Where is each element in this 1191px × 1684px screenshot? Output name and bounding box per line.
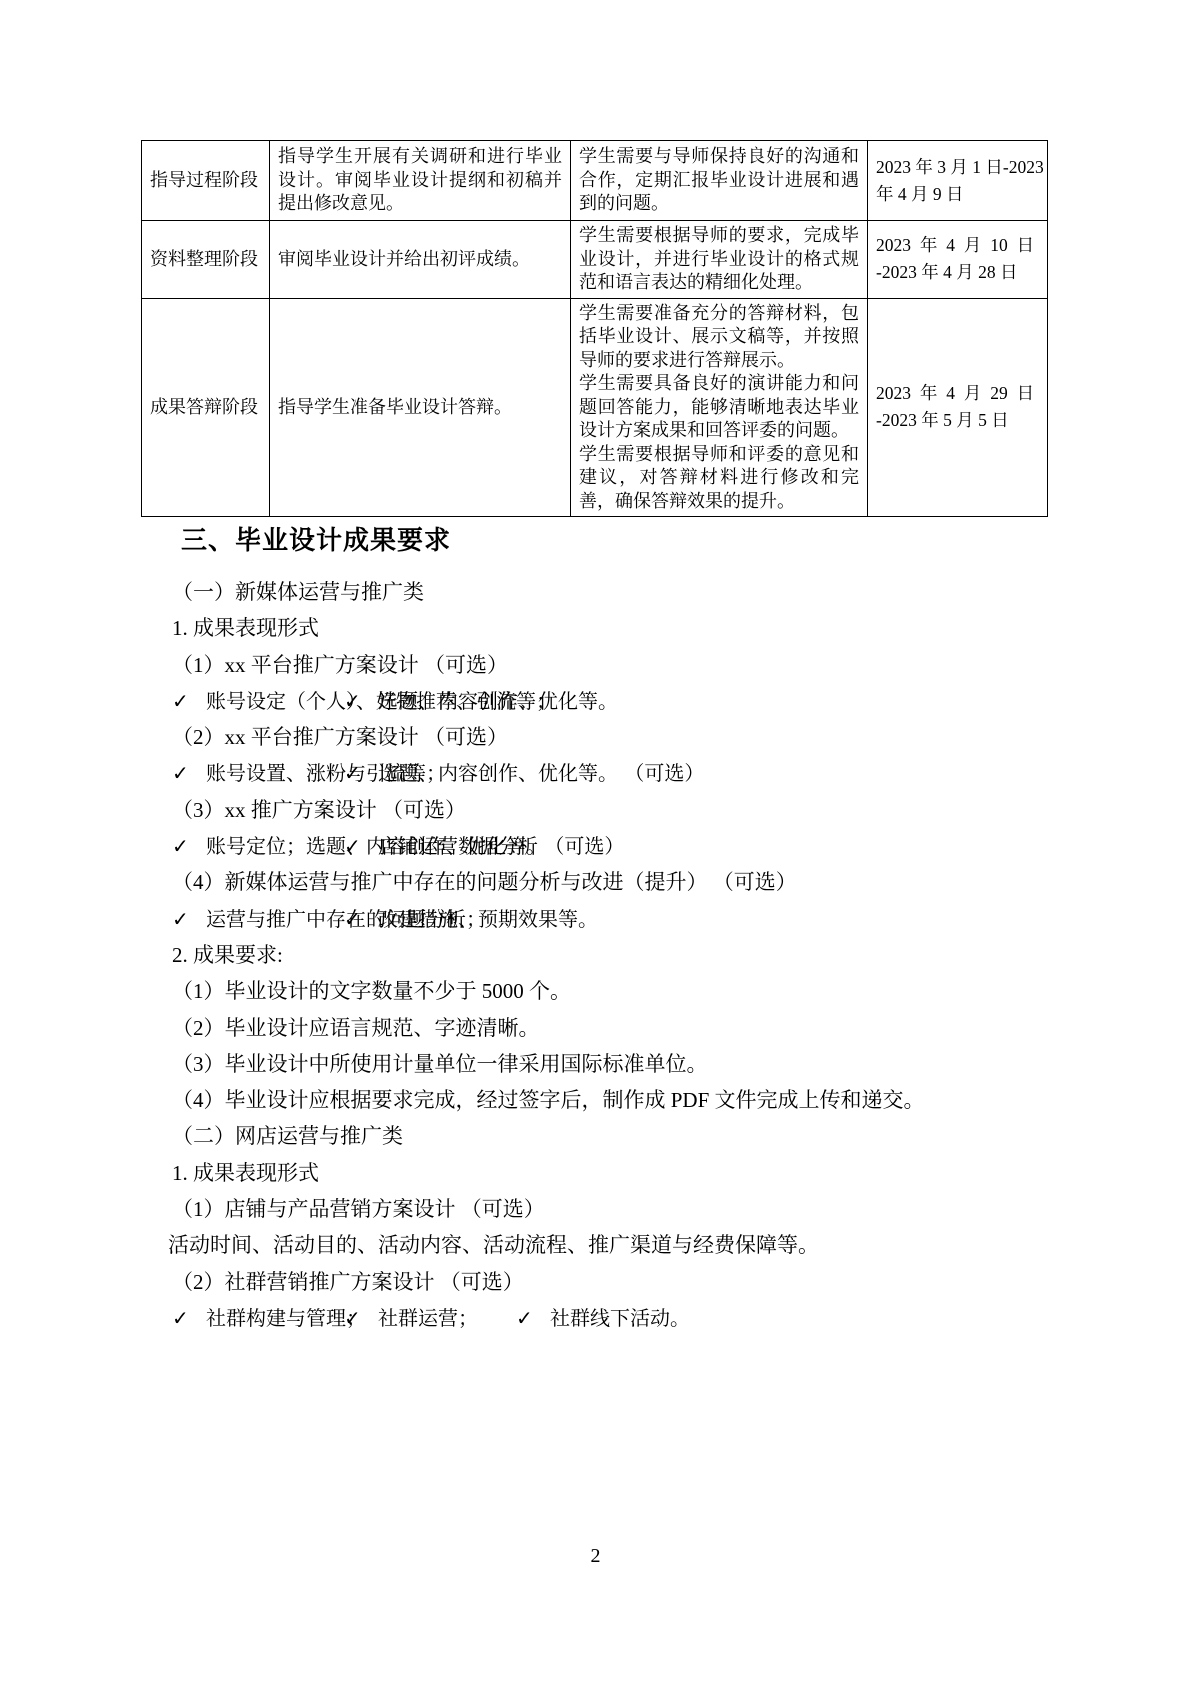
list-item: （2）xx 平台推广方案设计 （可选） xyxy=(0,719,1191,755)
schedule-table: 指导过程阶段 指导学生开展有关调研和进行毕业设计。审阅毕业设计提纲和初稿并提出修… xyxy=(141,140,1048,517)
list-item-text: （1）店铺与产品营销方案设计 （可选） xyxy=(172,1197,545,1221)
list-item-text: （一）新媒体运营与推广类 xyxy=(172,580,424,604)
list-item: ✓社群线下活动。 xyxy=(344,1300,516,1336)
list-item-text: （二）网店运营与推广类 xyxy=(172,1124,403,1148)
list-item-text: （3）xx 推广方案设计 （可选） xyxy=(172,798,466,822)
list-item: （二）网店运营与推广类 xyxy=(0,1118,1191,1154)
list-item: 2. 成果要求: xyxy=(0,937,1191,973)
student-task-paragraph: 学生需要具备良好的演讲能力和问题回答能力，能够清晰地表达毕业设计方案成果和回答评… xyxy=(579,372,859,443)
list-item-text: （4）毕业设计应根据要求完成，经过签字后，制作成 PDF 文件完成上传和递交。 xyxy=(172,1088,925,1112)
list-item-text: （2）xx 平台推广方案设计 （可选） xyxy=(172,725,508,749)
student-task: 学生需要与导师保持良好的沟通和合作，定期汇报毕业设计进展和遇到的问题。 xyxy=(571,141,868,221)
list-item: ✓账号设定（个人）、好物推荐、引流等； xyxy=(0,683,172,719)
table-row: 成果答辩阶段 指导学生准备毕业设计答辩。 学生需要准备充分的答辩材料，包括毕业设… xyxy=(142,298,1048,517)
list-item-text: 2. 成果要求: xyxy=(172,943,283,967)
tutor-task: 指导学生开展有关调研和进行毕业设计。审阅毕业设计提纲和初稿并提出修改意见。 xyxy=(270,141,571,221)
date-range: 2023 年 4 月 29 日 -2023 年 5 月 5 日 xyxy=(868,298,1048,517)
list-item-text: 社群线下活动。 xyxy=(550,1306,690,1330)
list-item-text: 活动时间、活动目的、活动内容、活动流程、推广渠道与经费保障等。 xyxy=(168,1233,819,1257)
list-item: ✓社群构建与管理； xyxy=(0,1300,172,1336)
list-item-text: 1. 成果表现形式 xyxy=(172,616,319,640)
list-item-text: （1）毕业设计的文字数量不少于 5000 个。 xyxy=(172,979,571,1003)
tutor-task: 审阅毕业设计并给出初评成绩。 xyxy=(270,221,571,299)
list-item: （一）新媒体运营与推广类 xyxy=(0,574,1191,610)
list-item: 1. 成果表现形式 xyxy=(0,610,1191,646)
date-line: 2023 年 3 月 1 日-2023 xyxy=(876,154,1039,181)
date-range: 2023 年 3 月 1 日-2023 年 4 月 9 日 xyxy=(868,141,1048,221)
list-item: （2）毕业设计应语言规范、字迹清晰。 xyxy=(0,1010,1191,1046)
list-item: （1）毕业设计的文字数量不少于 5000 个。 xyxy=(0,973,1191,1009)
date-line: 2023 年 4 月 29 日 xyxy=(876,380,1039,407)
list-item: ✓改建措施、预期效果等。 xyxy=(172,901,344,937)
date-line: 2023 年 4 月 10 日 xyxy=(876,232,1039,259)
list-item-text: 选题、内容创作、优化等。 xyxy=(378,689,618,713)
list-item: 1. 成果表现形式 xyxy=(0,1155,1191,1191)
list-item: （3）毕业设计中所使用计量单位一律采用国际标准单位。 xyxy=(0,1046,1191,1082)
list-item: ✓账号设置、涨粉与引流等； xyxy=(0,755,172,791)
list-item-text: 改建措施、预期效果等。 xyxy=(378,907,598,931)
list-item-text: （4）新媒体运营与推广中存在的问题分析与改进（提升） （可选） xyxy=(172,870,797,894)
list-item: （3）xx 推广方案设计 （可选） xyxy=(0,792,1191,828)
list-item-text: （2）毕业设计应语言规范、字迹清晰。 xyxy=(172,1016,540,1040)
stage-name: 成果答辩阶段 xyxy=(142,298,270,517)
student-task-paragraph: 学生需要根据导师和评委的意见和建议，对答辩材料进行修改和完善，确保答辩效果的提升… xyxy=(579,443,859,514)
list-item: ✓运营与推广中存在的问题分析； xyxy=(0,901,172,937)
date-range: 2023 年 4 月 10 日 -2023 年 4 月 28 日 xyxy=(868,221,1048,299)
section-heading: 三、毕业设计成果要求 xyxy=(181,522,451,558)
list-item: （1）xx 平台推广方案设计 （可选） xyxy=(0,647,1191,683)
student-task-paragraph: 学生需要准备充分的答辩材料，包括毕业设计、展示文稿等，并按照导师的要求进行答辩展… xyxy=(579,302,859,373)
list-item: （4）新媒体运营与推广中存在的问题分析与改进（提升） （可选） xyxy=(0,864,1191,900)
list-item-text: （1）xx 平台推广方案设计 （可选） xyxy=(172,653,508,677)
check-icon: ✓ xyxy=(344,683,378,719)
list-item: ✓选题、内容创作、优化等。 （可选） xyxy=(172,755,344,791)
list-item: ✓店铺运营数据分析 （可选） xyxy=(172,828,344,864)
date-line: -2023 年 5 月 5 日 xyxy=(876,407,1039,434)
list-item: （4）毕业设计应根据要求完成，经过签字后，制作成 PDF 文件完成上传和递交。 xyxy=(0,1082,1191,1118)
list-item-text: 1. 成果表现形式 xyxy=(172,1161,319,1185)
check-icon: ✓ xyxy=(344,901,378,937)
student-task: 学生需要准备充分的答辩材料，包括毕业设计、展示文稿等，并按照导师的要求进行答辩展… xyxy=(571,298,868,517)
tutor-task: 指导学生准备毕业设计答辩。 xyxy=(270,298,571,517)
document-page: 指导过程阶段 指导学生开展有关调研和进行毕业设计。审阅毕业设计提纲和初稿并提出修… xyxy=(0,0,1191,1684)
list-item: 活动时间、活动目的、活动内容、活动流程、推广渠道与经费保障等。 xyxy=(0,1227,1191,1263)
list-item: ✓社群运营； xyxy=(172,1300,344,1336)
list-item: ✓选题、内容创作、优化等。 xyxy=(172,683,344,719)
list-item: ✓账号定位；选题、内容创作、优化等。 xyxy=(0,828,172,864)
table-row: 资料整理阶段 审阅毕业设计并给出初评成绩。 学生需要根据导师的要求，完成毕业设计… xyxy=(142,221,1048,299)
list-item-text: （3）毕业设计中所使用计量单位一律采用国际标准单位。 xyxy=(172,1052,708,1076)
stage-name: 指导过程阶段 xyxy=(142,141,270,221)
check-icon: ✓ xyxy=(344,828,378,864)
check-icon: ✓ xyxy=(344,755,378,791)
stage-name: 资料整理阶段 xyxy=(142,221,270,299)
list-item-text: 店铺运营数据分析 （可选） xyxy=(378,834,624,858)
list-item: （1）店铺与产品营销方案设计 （可选） xyxy=(0,1191,1191,1227)
date-line: 年 4 月 9 日 xyxy=(876,181,1039,208)
page-number: 2 xyxy=(0,1545,1191,1568)
student-task: 学生需要根据导师的要求，完成毕业设计，并进行毕业设计的格式规范和语言表达的精细化… xyxy=(571,221,868,299)
list-item-text: 选题、内容创作、优化等。 （可选） xyxy=(378,761,704,785)
check-icon: ✓ xyxy=(516,1300,550,1336)
list-item: （2）社群营销推广方案设计 （可选） xyxy=(0,1264,1191,1300)
list-item-text: （2）社群营销推广方案设计 （可选） xyxy=(172,1270,524,1294)
date-line: -2023 年 4 月 28 日 xyxy=(876,259,1039,286)
table-row: 指导过程阶段 指导学生开展有关调研和进行毕业设计。审阅毕业设计提纲和初稿并提出修… xyxy=(142,141,1048,221)
requirements-list: （一）新媒体运营与推广类1. 成果表现形式（1）xx 平台推广方案设计 （可选）… xyxy=(0,574,1191,1336)
